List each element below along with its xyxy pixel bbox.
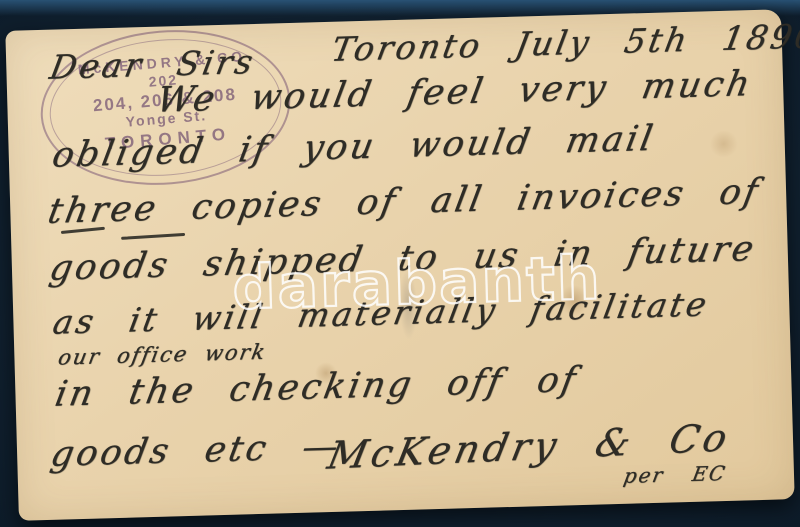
- signature-note: per EC: [622, 461, 729, 488]
- photo-background: McKENDRY & CO 202 204, 206 & 208 Yonge S…: [0, 0, 800, 527]
- dateline: Toronto July 5th 1890: [328, 16, 800, 69]
- watermark-text: darabanth: [232, 243, 603, 323]
- handwriting-insertion: our office work: [56, 340, 268, 370]
- handwriting-line: in the checking off of: [52, 360, 582, 415]
- underline-stroke: [121, 233, 185, 240]
- watermark: darabanth: [229, 236, 601, 330]
- handwriting-line: goods etc —: [47, 427, 344, 475]
- paper-stain: [708, 130, 739, 157]
- postcard: McKENDRY & CO 202 204, 206 & 208 Yonge S…: [5, 9, 794, 520]
